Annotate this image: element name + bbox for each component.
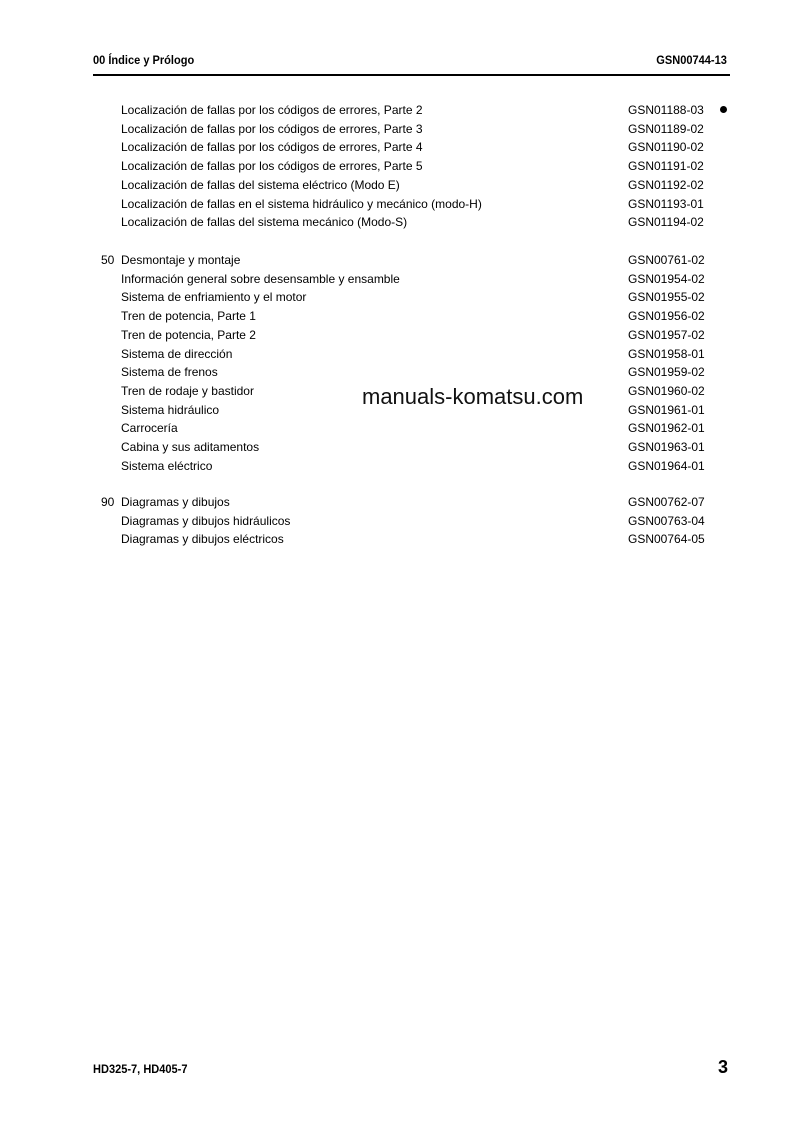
entry-title: Localización de fallas del sistema eléct… <box>121 176 400 194</box>
toc-entry[interactable]: Sistema de direcciónGSN01958-01 <box>0 345 794 363</box>
toc-entry[interactable]: Tren de potencia, Parte 2GSN01957-02 <box>0 326 794 344</box>
entry-code: GSN01960-02 <box>628 382 705 400</box>
entry-code: GSN01961-01 <box>628 401 705 419</box>
section-title: 00 Índice y Prólogo <box>93 53 194 67</box>
entry-title: Localización de fallas del sistema mecán… <box>121 213 407 231</box>
toc-entry[interactable]: Localización de fallas en el sistema hid… <box>0 195 794 213</box>
entry-code: GSN01188-03 <box>628 101 704 119</box>
revision-dot-icon <box>720 106 727 113</box>
entry-code: GSN01190-02 <box>628 138 704 156</box>
entry-code: GSN00763-04 <box>628 512 705 530</box>
entry-title: Localización de fallas por los códigos d… <box>121 138 423 156</box>
page-number: 3 <box>718 1057 728 1078</box>
entry-code: GSN01964-01 <box>628 457 705 475</box>
entry-title: Diagramas y dibujos eléctricos <box>121 530 284 548</box>
header-rule <box>93 74 730 76</box>
watermark: manuals-komatsu.com <box>362 384 583 410</box>
entry-code: GSN01191-02 <box>628 157 704 175</box>
entry-title: Sistema hidráulico <box>121 401 219 419</box>
entry-code: GSN01193-01 <box>628 195 704 213</box>
toc-entry[interactable]: 50Desmontaje y montajeGSN00761-02 <box>0 251 794 269</box>
entry-code: GSN01958-01 <box>628 345 705 363</box>
entry-title: Tren de rodaje y bastidor <box>121 382 254 400</box>
toc-entry[interactable]: Diagramas y dibujos eléctricosGSN00764-0… <box>0 530 794 548</box>
toc-entry[interactable]: Diagramas y dibujos hidráulicosGSN00763-… <box>0 512 794 530</box>
toc-entry[interactable]: Cabina y sus aditamentosGSN01963-01 <box>0 438 794 456</box>
toc-entry[interactable]: Localización de fallas del sistema mecán… <box>0 213 794 231</box>
entry-title: Localización de fallas por los códigos d… <box>121 157 423 175</box>
toc-entry[interactable]: Localización de fallas por los códigos d… <box>0 138 794 156</box>
entry-code: GSN01962-01 <box>628 419 705 437</box>
entry-code: GSN00761-02 <box>628 251 705 269</box>
entry-title: Carrocería <box>121 419 178 437</box>
entry-title: Localización de fallas en el sistema hid… <box>121 195 482 213</box>
toc-entry[interactable]: Información general sobre desensamble y … <box>0 270 794 288</box>
entry-code: GSN01957-02 <box>628 326 705 344</box>
toc-entry[interactable]: Localización de fallas del sistema eléct… <box>0 176 794 194</box>
entry-code: GSN00764-05 <box>628 530 705 548</box>
toc-entry[interactable]: Sistema de frenosGSN01959-02 <box>0 363 794 381</box>
entry-code: GSN01192-02 <box>628 176 704 194</box>
toc-entry[interactable]: Tren de potencia, Parte 1GSN01956-02 <box>0 307 794 325</box>
entry-code: GSN01959-02 <box>628 363 705 381</box>
entry-title: Diagramas y dibujos <box>121 493 230 511</box>
entry-title: Desmontaje y montaje <box>121 251 240 269</box>
entry-code: GSN01194-02 <box>628 213 704 231</box>
entry-code: GSN01955-02 <box>628 288 705 306</box>
toc-entry[interactable]: Localización de fallas por los códigos d… <box>0 101 794 119</box>
entry-title: Localización de fallas por los códigos d… <box>121 120 423 138</box>
page-header: 00 Índice y Prólogo GSN00744-13 <box>93 53 679 69</box>
entry-code: GSN01189-02 <box>628 120 704 138</box>
toc-entry[interactable]: Localización de fallas por los códigos d… <box>0 157 794 175</box>
toc-entry[interactable]: Sistema de enfriamiento y el motorGSN019… <box>0 288 794 306</box>
entry-code: GSN01963-01 <box>628 438 705 456</box>
toc-entry[interactable]: Localización de fallas por los códigos d… <box>0 120 794 138</box>
section-number: 50 <box>101 251 121 269</box>
document-code: GSN00744-13 <box>656 53 727 67</box>
entry-title: Diagramas y dibujos hidráulicos <box>121 512 290 530</box>
entry-title: Localización de fallas por los códigos d… <box>121 101 423 119</box>
entry-code: GSN01954-02 <box>628 270 705 288</box>
entry-code: GSN01956-02 <box>628 307 705 325</box>
entry-title: Sistema eléctrico <box>121 457 212 475</box>
entry-title: Cabina y sus aditamentos <box>121 438 259 456</box>
footer-models: HD325-7, HD405-7 <box>93 1062 188 1076</box>
toc-entry[interactable]: CarroceríaGSN01962-01 <box>0 419 794 437</box>
toc-entry[interactable]: 90Diagramas y dibujosGSN00762-07 <box>0 493 794 511</box>
entry-title: Sistema de frenos <box>121 363 218 381</box>
entry-title: Tren de potencia, Parte 1 <box>121 307 256 325</box>
toc-entry[interactable]: Sistema eléctricoGSN01964-01 <box>0 457 794 475</box>
entry-title: Información general sobre desensamble y … <box>121 270 400 288</box>
entry-code: GSN00762-07 <box>628 493 705 511</box>
entry-title: Tren de potencia, Parte 2 <box>121 326 256 344</box>
entry-title: Sistema de enfriamiento y el motor <box>121 288 306 306</box>
entry-title: Sistema de dirección <box>121 345 232 363</box>
section-number: 90 <box>101 493 121 511</box>
